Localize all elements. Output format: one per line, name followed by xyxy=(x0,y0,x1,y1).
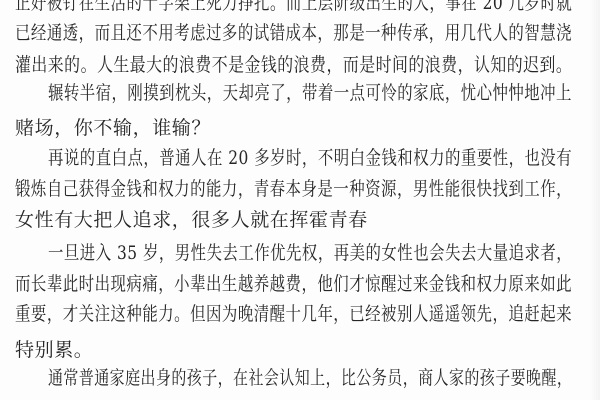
page-edge-shadow xyxy=(590,0,600,400)
paragraph-start-line-5: 再说的直白点，普通人在 20 多岁时，不明白金钱和权力的重要性，也没有 xyxy=(48,146,572,170)
text-line-6: 锻炼自己获得金钱和权力的能力，青春本身是一种资源，男性能很快找到工作， xyxy=(15,177,572,201)
paragraph-start-line-8: 一旦进入 35 岁，男性失去工作优先权，再美的女性也会失去大量追求者， xyxy=(48,241,572,265)
scanned-document-page: 正好被钉在生活的十字架上死力挣扎。而上层阶级出生的人，事在 20 几岁时就 已经… xyxy=(0,0,600,400)
text-line-7: 女性有大把人追求，很多人就在挥霍青春 xyxy=(15,208,368,232)
text-line-10: 重要，才关注这种能力。但因为晚清醒十几年，已经被别人遥遥领先，追赶起来 xyxy=(15,302,572,326)
paragraph-start-line-3: 辗转半宿，刚摸到枕头，天却亮了，带着一点可怜的家底，忧心忡忡地冲上 xyxy=(48,81,572,105)
text-line-1: 已经通透，而且还不用考虑过多的试错成本，那是一种传承，用几代人的智慧浇 xyxy=(15,21,572,45)
text-line-9: 而长辈此时出现病痛，小辈出生越养越费，他们才惊醒过来金钱和权力原来如此 xyxy=(15,272,572,296)
text-line-11: 特别累。 xyxy=(15,338,93,362)
paragraph-start-line-12: 通常普通家庭出身的孩子，在社会认知上，比公务员，商人家的孩子要晚醒， xyxy=(48,366,572,390)
text-line-4: 赌场，你不输，谁输？ xyxy=(15,116,211,140)
text-line-2: 灌出来的。人生最大的浪费不是金钱的浪费，而是时间的浪费，认知的迟到。 xyxy=(15,53,572,77)
text-line-0: 正好被钉在生活的十字架上死力挣扎。而上层阶级出生的人，事在 20 几岁时就 xyxy=(15,0,572,15)
